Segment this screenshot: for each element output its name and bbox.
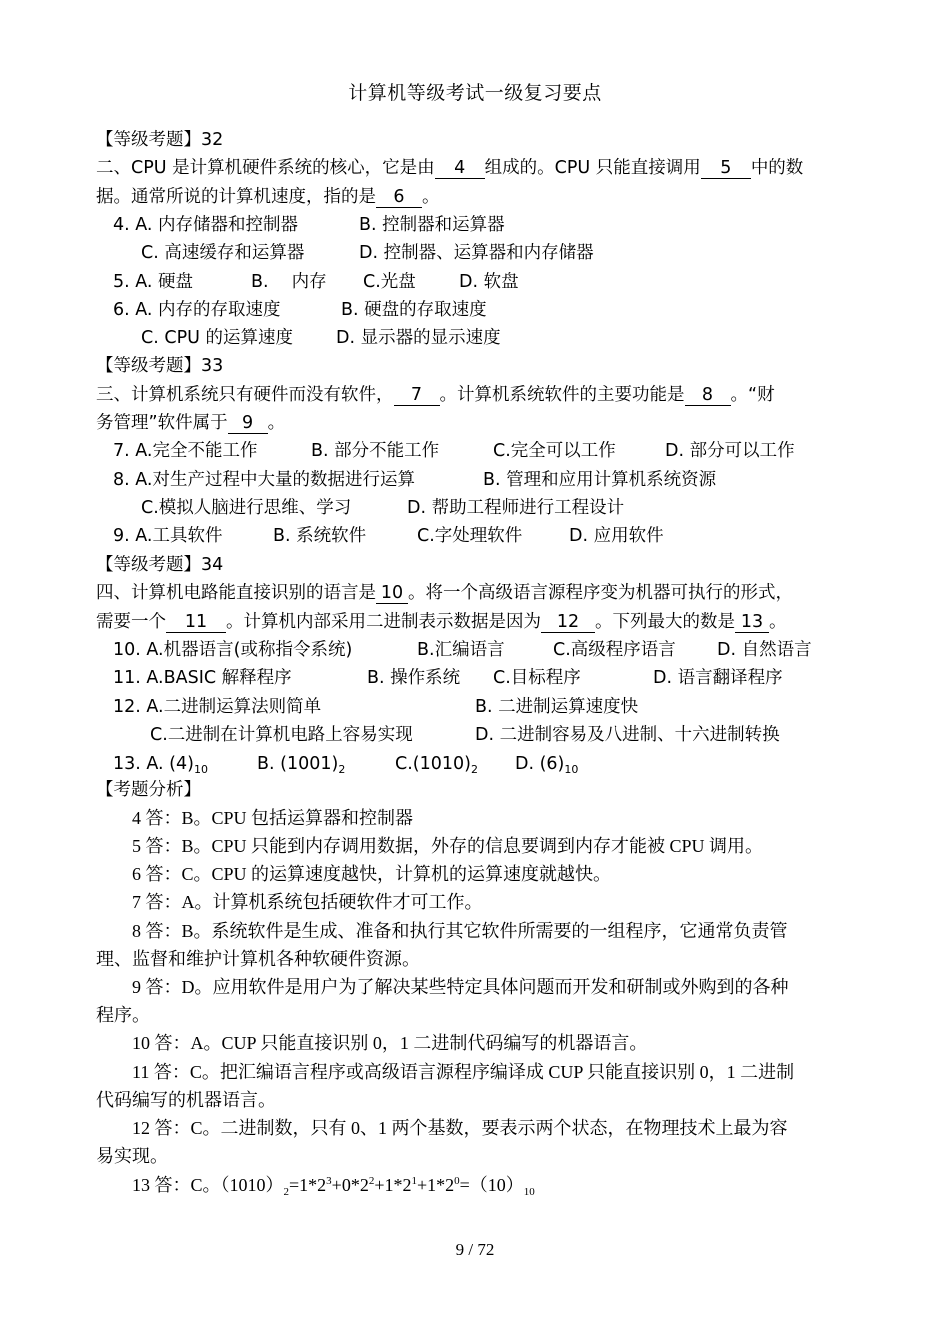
answer-blank: 6: [376, 187, 422, 208]
section-header-32: 【等级考题】32: [96, 126, 223, 154]
option-line: 11. A.BASIC 解释程序B. 操作系统C.目标程序D. 语言翻译程序: [113, 664, 783, 692]
question-line: 三、计算机系统只有硬件而没有软件，7。计算机系统软件的主要功能是8。“财: [96, 381, 775, 409]
answer-blank: 9: [228, 413, 268, 434]
answer-blank: 13: [735, 612, 769, 633]
answer-6: 6 答：C。CPU 的运算速度越快，计算机的运算速度就越快。: [132, 860, 611, 888]
question-line: 需要一个11。计算机内部采用二进制表示数据是因为12。下列最大的数是13。: [96, 608, 787, 636]
answer-7: 7 答：A。计算机系统包括硬软件才可工作。: [132, 888, 483, 916]
option-line: C.模拟人脑进行思维、学习D. 帮助工程师进行工程设计: [141, 494, 624, 522]
answer-blank: 7: [394, 385, 440, 406]
option-line: 5. A. 硬盘B. 内存C.光盘D. 软盘: [113, 268, 519, 296]
answer-11-cont: 代码编写的机器语言。: [96, 1086, 276, 1114]
answer-9-cont: 程序。: [96, 1001, 150, 1029]
option-line: 13. A. (4)10B. (1001)2C.(1010)2D. (6)10: [113, 750, 578, 778]
option-line: 6. A. 内存的存取速度B. 硬盘的存取速度: [113, 296, 487, 324]
answer-8-cont: 理、监督和维护计算机各种软硬件资源。: [96, 945, 420, 973]
answer-blank: 12: [541, 612, 595, 633]
section-header-34: 【等级考题】34: [96, 551, 223, 579]
option-line: 7. A.完全不能工作B. 部分不能工作C.完全可以工作D. 部分可以工作: [113, 437, 795, 465]
question-line: 二、CPU 是计算机硬件系统的核心，它是由4组成的。CPU 只能直接调用5中的数: [96, 154, 803, 182]
option-line: 4. A. 内存储器和控制器B. 控制器和运算器: [113, 211, 505, 239]
answer-blank: 5: [701, 158, 751, 179]
answer-12: 12 答：C。二进制数，只有 0、1 两个基数，要表示两个状态，在物理技术上最为…: [132, 1114, 788, 1142]
answer-10: 10 答：A。CUP 只能直接识别 0，1 二进制代码编写的机器语言。: [132, 1029, 647, 1057]
question-line: 四、计算机电路能直接识别的语言是10。将一个高级语言源程序变为机器可执行的形式，: [96, 579, 793, 607]
answer-4: 4 答：B。CPU 包括运算器和控制器: [132, 804, 413, 832]
document-page: 计算机等级考试一级复习要点 【等级考题】32 二、CPU 是计算机硬件系统的核心…: [0, 0, 950, 1340]
answer-blank: 10: [376, 583, 408, 604]
option-line: C. CPU 的运算速度D. 显示器的显示速度: [141, 324, 501, 352]
answer-12-cont: 易实现。: [96, 1142, 168, 1170]
answer-5: 5 答：B。CPU 只能到内存调用数据，外存的信息要调到内存才能被 CPU 调用…: [132, 832, 763, 860]
answer-11: 11 答：C。把汇编语言程序或高级语言源程序编译成 CUP 只能直接识别 0，1…: [132, 1058, 794, 1086]
question-line: 据。通常所说的计算机速度，指的是6。: [96, 183, 440, 211]
question-line: 务管理”软件属于9。: [96, 409, 285, 437]
answer-blank: 11: [166, 612, 226, 633]
option-line: C. 高速缓存和运算器D. 控制器、运算器和内存储器: [141, 239, 594, 267]
answer-8: 8 答：B。系统软件是生成、准备和执行其它软件所需要的一组程序，它通常负责管: [132, 917, 788, 945]
section-header-33: 【等级考题】33: [96, 352, 223, 380]
answer-blank: 4: [435, 158, 485, 179]
answer-blank: 8: [685, 385, 731, 406]
option-line: 12. A.二进制运算法则简单B. 二进制运算速度快: [113, 693, 638, 721]
option-line: C.二进制在计算机电路上容易实现D. 二进制容易及八进制、十六进制转换: [150, 721, 780, 749]
option-line: 10. A.机器语言(或称指令系统)B.汇编语言C.高级程序语言D. 自然语言: [113, 636, 812, 664]
page-title: 计算机等级考试一级复习要点: [0, 78, 950, 105]
answer-13: 13 答：C。（1010）2=1*23+0*22+1*21+1*20=（10）1…: [132, 1171, 535, 1199]
page-number: 9 / 72: [0, 1240, 950, 1260]
answer-9: 9 答：D。应用软件是用户为了解决某些特定具体问题而开发和研制或外购到的各种: [132, 973, 789, 1001]
option-line: 9. A.工具软件B. 系统软件C.字处理软件D. 应用软件: [113, 522, 664, 550]
analysis-header: 【考题分析】: [96, 776, 201, 804]
option-line: 8. A.对生产过程中大量的数据进行运算B. 管理和应用计算机系统资源: [113, 466, 716, 494]
